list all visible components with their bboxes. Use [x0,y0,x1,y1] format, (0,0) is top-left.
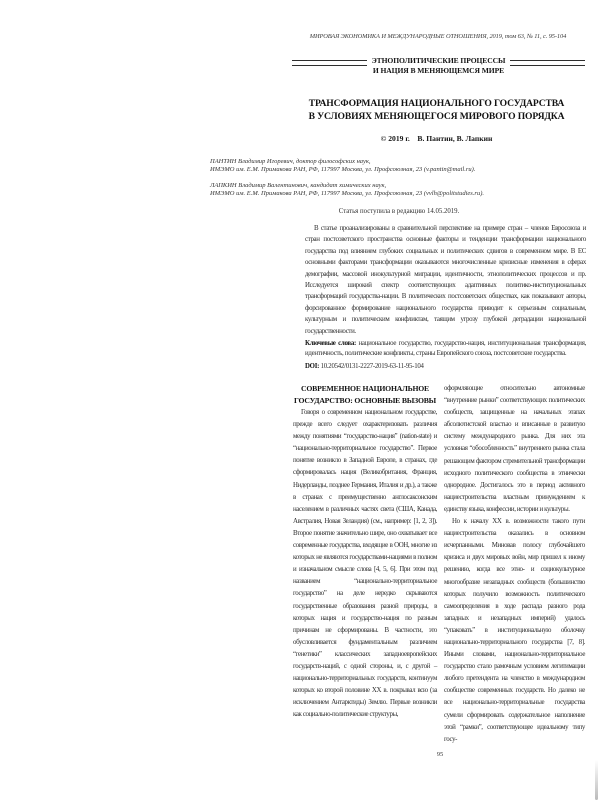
body-paragraph: Но к началу XX в. возможности такого пут… [444,516,585,746]
body-paragraph: оформляющие относительно автономные “вну… [444,383,585,516]
banner-left-rule [292,60,367,66]
section-heading: СОВРЕМЕННОЕ НАЦИОНАЛЬНОЕ ГОСУДАРСТВО: ОС… [292,383,438,406]
received-date-line: Статья поступила в редакцию 14.05.2019. [210,208,588,215]
article-byline: © 2019 г. В. Пантин, В. Лапкин [283,134,590,143]
article-title: ТРАНСФОРМАЦИЯ НАЦИОНАЛЬНОГО ГОСУДАРСТВА … [283,98,590,123]
section-banner: ЭТНОПОЛИТИЧЕСКИЕ ПРОЦЕССЫ И НАЦИЯ В МЕНЯ… [292,56,585,76]
body-paragraph: Говоря о современном национальном госуда… [293,407,437,721]
keywords-label: Ключевые слова: [305,340,356,347]
keywords-block: Ключевые слова: национальное государство… [305,339,586,358]
journal-running-head: МИРОВАЯ ЭКОНОМИКА И МЕЖДУНАРОДНЫЕ ОТНОШЕ… [288,33,588,41]
author-info-pantin: ПАНТИН Владимир Игоревич, доктор философ… [210,158,592,175]
abstract-block: В статье проанализированы в сравнительно… [305,223,586,337]
doi-line: DOI: 10.20542/0131-2227-2019-63-11-95-10… [305,363,586,370]
section-banner-title: ЭТНОПОЛИТИЧЕСКИЕ ПРОЦЕССЫ И НАЦИЯ В МЕНЯ… [367,56,511,76]
authors-block: ПАНТИН Владимир Игоревич, доктор философ… [210,158,592,206]
body-column-left: Говоря о современном национальном госуда… [293,407,437,721]
author-info-lapkin: ЛАПКИН Владимир Валентинович, кандидат х… [210,182,592,199]
doi-value: 10.20542/0131-2227-2019-63-11-95-104 [321,363,424,370]
page-number: 95 [430,751,450,758]
abstract-text: В статье проанализированы в сравнительно… [305,223,586,337]
scan-edge-shadow [595,760,598,800]
banner-right-rule [510,60,585,66]
scanned-page: МИРОВАЯ ЭКОНОМИКА И МЕЖДУНАРОДНЫЕ ОТНОШЕ… [0,0,600,800]
doi-label: DOI: [305,363,319,370]
body-column-right: оформляющие относительно автономные “вну… [444,383,585,746]
